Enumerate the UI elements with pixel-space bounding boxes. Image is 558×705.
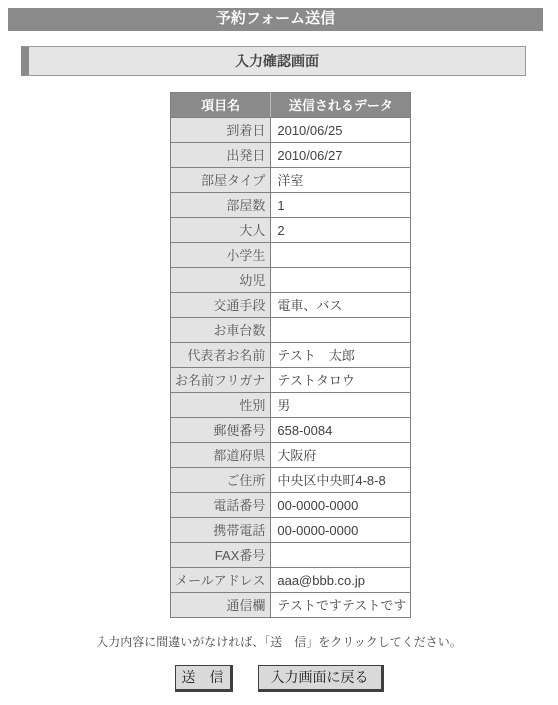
page-title: 予約フォーム送信 bbox=[8, 8, 543, 31]
table-row: 小学生 bbox=[171, 243, 411, 268]
row-label: 都道府県 bbox=[171, 443, 271, 468]
table-row: 性別 男 bbox=[171, 393, 411, 418]
table-row: 都道府県 大阪府 bbox=[171, 443, 411, 468]
row-value: 男 bbox=[271, 393, 411, 418]
row-value: 1 bbox=[271, 193, 411, 218]
row-value: 658-0084 bbox=[271, 418, 411, 443]
row-label: 代表者お名前 bbox=[171, 343, 271, 368]
button-row: 送 信 入力画面に戻る bbox=[0, 665, 558, 692]
table-row: 通信欄 テストですテストです bbox=[171, 593, 411, 618]
table-row: 交通手段 電車、バス bbox=[171, 293, 411, 318]
row-label: お車台数 bbox=[171, 318, 271, 343]
row-value: 洋室 bbox=[271, 168, 411, 193]
row-label: 到着日 bbox=[171, 118, 271, 143]
column-header-data: 送信されるデータ bbox=[271, 93, 411, 118]
table-row: 幼児 bbox=[171, 268, 411, 293]
table-row: 代表者お名前 テスト 太郎 bbox=[171, 343, 411, 368]
row-label: 携帯電話 bbox=[171, 518, 271, 543]
row-value: 00-0000-0000 bbox=[271, 518, 411, 543]
instruction-note: 入力内容に間違いがなければ、「送 信」をクリックしてください。 bbox=[0, 633, 558, 650]
row-label: 出発日 bbox=[171, 143, 271, 168]
row-value: テストタロウ bbox=[271, 368, 411, 393]
row-value bbox=[271, 268, 411, 293]
row-value: 2010/06/27 bbox=[271, 143, 411, 168]
confirmation-table: 項目名 送信されるデータ 到着日 2010/06/25 出発日 2010/06/… bbox=[170, 92, 411, 618]
row-value bbox=[271, 543, 411, 568]
row-label: 小学生 bbox=[171, 243, 271, 268]
table-row: 出発日 2010/06/27 bbox=[171, 143, 411, 168]
row-value: テストですテストです bbox=[271, 593, 411, 618]
row-value bbox=[271, 243, 411, 268]
table-row: FAX番号 bbox=[171, 543, 411, 568]
column-header-item: 項目名 bbox=[171, 93, 271, 118]
row-label: 部屋数 bbox=[171, 193, 271, 218]
table-row: 郵便番号 658-0084 bbox=[171, 418, 411, 443]
table-row: 部屋タイプ 洋室 bbox=[171, 168, 411, 193]
table-row: 大人 2 bbox=[171, 218, 411, 243]
back-button[interactable]: 入力画面に戻る bbox=[258, 665, 384, 692]
table-row: 携帯電話 00-0000-0000 bbox=[171, 518, 411, 543]
row-label: 幼児 bbox=[171, 268, 271, 293]
row-label: 通信欄 bbox=[171, 593, 271, 618]
row-value: 00-0000-0000 bbox=[271, 493, 411, 518]
row-value: 電車、バス bbox=[271, 293, 411, 318]
submit-button[interactable]: 送 信 bbox=[175, 665, 233, 692]
row-label: 大人 bbox=[171, 218, 271, 243]
row-label: ご住所 bbox=[171, 468, 271, 493]
row-value bbox=[271, 318, 411, 343]
section-heading: 入力確認画面 bbox=[21, 46, 526, 76]
row-label: FAX番号 bbox=[171, 543, 271, 568]
row-label: 性別 bbox=[171, 393, 271, 418]
table-row: 到着日 2010/06/25 bbox=[171, 118, 411, 143]
row-label: 交通手段 bbox=[171, 293, 271, 318]
row-label: 電話番号 bbox=[171, 493, 271, 518]
row-label: メールアドレス bbox=[171, 568, 271, 593]
row-value: aaa@bbb.co.jp bbox=[271, 568, 411, 593]
row-value: テスト 太郎 bbox=[271, 343, 411, 368]
row-value: 大阪府 bbox=[271, 443, 411, 468]
table-row: お名前フリガナ テストタロウ bbox=[171, 368, 411, 393]
row-label: 部屋タイプ bbox=[171, 168, 271, 193]
row-label: 郵便番号 bbox=[171, 418, 271, 443]
row-label: お名前フリガナ bbox=[171, 368, 271, 393]
row-value: 2010/06/25 bbox=[271, 118, 411, 143]
table-row: ご住所 中央区中央町4-8-8 bbox=[171, 468, 411, 493]
row-value: 2 bbox=[271, 218, 411, 243]
table-row: 電話番号 00-0000-0000 bbox=[171, 493, 411, 518]
row-value: 中央区中央町4-8-8 bbox=[271, 468, 411, 493]
table-header-row: 項目名 送信されるデータ bbox=[171, 93, 411, 118]
table-row: 部屋数 1 bbox=[171, 193, 411, 218]
table-row: メールアドレス aaa@bbb.co.jp bbox=[171, 568, 411, 593]
table-row: お車台数 bbox=[171, 318, 411, 343]
